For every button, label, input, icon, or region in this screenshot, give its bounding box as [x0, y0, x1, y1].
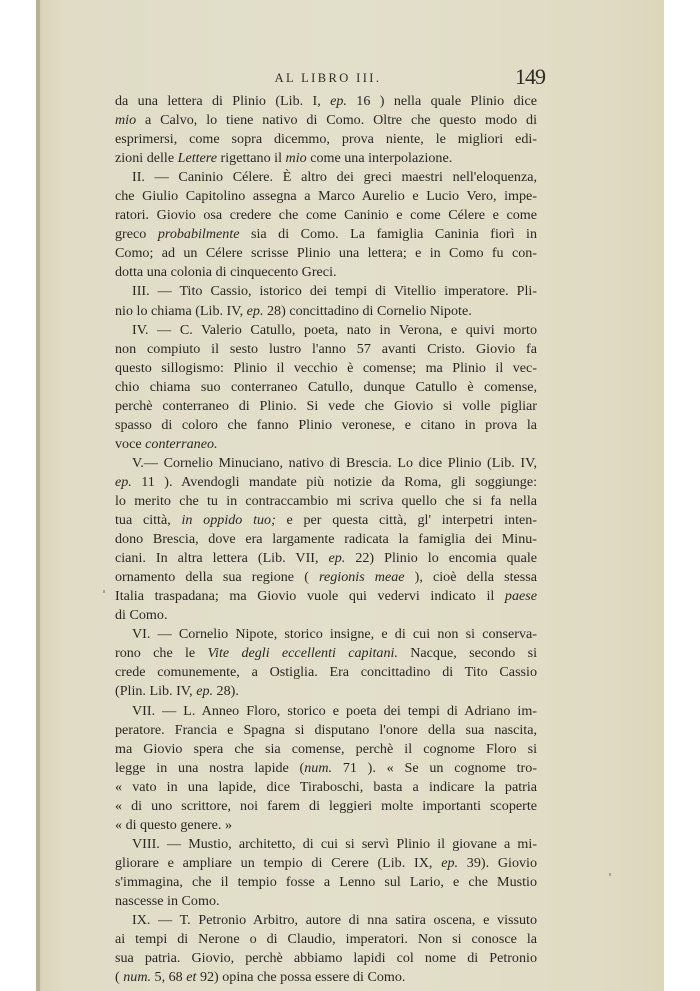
text-run: legge in una nostra lapide (: [115, 760, 304, 776]
text-line: rono che le Vite degli eccellenti capita…: [115, 644, 537, 663]
text-line: III. — Tito Cassio, istorico dei tempi d…: [115, 282, 537, 301]
text-line: « vato in una lapide, dice Tiraboschi, b…: [115, 778, 537, 797]
text-run: come una interpolazione.: [307, 150, 453, 166]
text-line: sua patria. Giovio, perchè abbiamo lapid…: [115, 949, 537, 968]
text-run: III. — Tito Cassio, istorico dei tempi d…: [132, 283, 537, 299]
running-title: AL LIBRO III.: [115, 71, 541, 86]
text-line: questo sillogismo: Plinio il vecchio è c…: [115, 359, 537, 378]
italic-text: Lettere: [178, 150, 217, 166]
text-run: nio lo chiama (Lib. IV,: [115, 303, 247, 319]
text-line: « di uno scrittore, noi farem di leggier…: [115, 797, 537, 816]
text-run: (Plin. Lib. IV,: [115, 683, 196, 699]
text-line: VI. — Cornelio Nipote, storico insigne, …: [115, 625, 537, 644]
italic-text: ep.: [115, 474, 132, 490]
text-line: dono Brescia, dove era largamente radica…: [115, 530, 537, 549]
text-line: ratori. Giovio osa credere che come Cani…: [115, 206, 537, 225]
text-line: peratore. Francia e Spagna si disputano …: [115, 721, 537, 740]
text-run: rigettano il: [217, 150, 286, 166]
text-run: non compiuto il sesto lustro l'anno 57 a…: [115, 341, 537, 357]
italic-text: ep.: [196, 683, 213, 699]
page-number: 149: [515, 64, 545, 90]
text-line: voce conterraneo.: [115, 435, 537, 454]
text-run: lo merito che tu in contraccambio mi scr…: [115, 493, 537, 509]
text-line: ( num. 5, 68 et 92) opina che possa esse…: [115, 968, 537, 987]
text-line: perchè conterraneo di Plinio. Si vede ch…: [115, 397, 537, 416]
text-run: 39). Giovio: [458, 855, 537, 871]
italic-text: mio: [115, 112, 136, 128]
italic-text: Vite degli eccellenti capitani.: [207, 645, 397, 661]
text-run: dotta una colonia di cinquecento Greci.: [115, 264, 337, 280]
italic-text: ep.: [329, 550, 346, 566]
italic-text: ep.: [330, 93, 347, 109]
text-line: crede comunemente, a Ostiglia. Era conci…: [115, 663, 537, 682]
running-head: AL LIBRO III. 149: [115, 66, 541, 90]
text-run: ciani. In altra lettera (Lib. VII,: [115, 550, 329, 566]
text-run: di Como.: [115, 607, 167, 623]
italic-text: paese: [505, 588, 537, 604]
italic-text: et: [186, 969, 196, 985]
text-run: 92) opina che possa essere di Como.: [196, 969, 405, 985]
text-line: VII. — L. Anneo Floro, storico e poeta d…: [115, 702, 537, 721]
text-line: gliorare e ampliare un tempio di Cerere …: [115, 854, 537, 873]
text-run: 28).: [213, 683, 239, 699]
text-line: ornamento della sua regione ( regionis m…: [115, 568, 537, 587]
text-run: ai tempi di Nerone o di Claudio, imperat…: [115, 931, 537, 947]
text-run: 16 ) nella quale Plinio dice: [347, 93, 537, 109]
text-run: a Calvo, lo tiene nativo di Como. Oltre …: [136, 112, 537, 128]
text-line: lo merito che tu in contraccambio mi scr…: [115, 492, 537, 511]
text-run: s'immagina, che il tempio fosse a Lenno …: [115, 874, 537, 890]
text-run: ma Giovio spera che sia comense, perchè …: [115, 741, 537, 757]
body-text: da una lettera di Plinio (Lib. I, ep. 16…: [115, 92, 537, 987]
text-line: chio chiama suo conterraneo Catullo, dun…: [115, 378, 537, 397]
italic-text: num.: [123, 969, 151, 985]
text-run: 5, 68: [151, 969, 186, 985]
text-line: legge in una nostra lapide (num. 71 ). «…: [115, 759, 537, 778]
text-run: tua città,: [115, 512, 181, 528]
text-run: che Giulio Capitolino assegna a Marco Au…: [115, 188, 537, 204]
text-line: « di questo genere. »: [115, 816, 537, 835]
italic-text: in oppido tuo;: [181, 512, 275, 528]
text-line: ep. 11 ). Avendogli mandate più notizie …: [115, 473, 537, 492]
text-run: ornamento della sua regione (: [115, 569, 319, 585]
text-run: « di uno scrittore, noi farem di leggier…: [115, 798, 537, 814]
text-run: rono che le: [115, 645, 207, 661]
text-run: questo sillogismo: Plinio il vecchio è c…: [115, 360, 537, 376]
text-run: 71 ). « Se un cognome tro-: [332, 760, 537, 776]
text-line: greco probabilmente sia di Como. La fami…: [115, 225, 537, 244]
ink-speck: [103, 590, 105, 593]
text-line: (Plin. Lib. IV, ep. 28).: [115, 682, 537, 701]
text-line: spasso di coloro che fanno Plinio verone…: [115, 416, 537, 435]
text-run: IV. — C. Valerio Catullo, poeta, nato in…: [132, 322, 537, 338]
text-run: II. — Caninio Célere. È altro dei greci …: [132, 169, 537, 185]
text-run: (: [115, 969, 123, 985]
text-run: greco: [115, 226, 158, 242]
text-line: di Como.: [115, 606, 537, 625]
text-run: 22) Plinio lo encomia quale: [345, 550, 537, 566]
book-page: AL LIBRO III. 149 da una lettera di Plin…: [36, 0, 664, 991]
text-line: IX. — T. Petronio Arbitro, autore di nna…: [115, 911, 537, 930]
text-run: spasso di coloro che fanno Plinio verone…: [115, 417, 537, 433]
text-line: Como; ad un Célere scrisse Plinio una le…: [115, 244, 537, 263]
italic-text: probabilmente: [158, 226, 240, 242]
text-run: e per questa città, gl' interpetri inten…: [276, 512, 537, 528]
text-run: da una lettera di Plinio (Lib. I,: [115, 93, 330, 109]
text-run: gliorare e ampliare un tempio di Cerere …: [115, 855, 441, 871]
text-line: dotta una colonia di cinquecento Greci.: [115, 263, 537, 282]
text-line: esprimersi, come sopra dicemmo, prova ni…: [115, 130, 537, 149]
text-run: sia di Como. La famiglia Caninia fiorì i…: [240, 226, 538, 242]
ink-speck: [609, 873, 611, 876]
text-run: dono Brescia, dove era largamente radica…: [115, 531, 537, 547]
italic-text: regionis meae: [319, 569, 405, 585]
text-run: chio chiama suo conterraneo Catullo, dun…: [115, 379, 537, 395]
text-run: 28) concittadino di Cornelio Nipote.: [263, 303, 471, 319]
text-run: ), cioè della stessa: [405, 569, 537, 585]
text-line: nascesse in Como.: [115, 892, 537, 911]
text-line: tua città, in oppido tuo; e per questa c…: [115, 511, 537, 530]
text-line: ai tempi di Nerone o di Claudio, imperat…: [115, 930, 537, 949]
italic-text: ep.: [441, 855, 458, 871]
text-line: V.— Cornelio Minuciano, nativo di Bresci…: [115, 454, 537, 473]
text-line: IV. — C. Valerio Catullo, poeta, nato in…: [115, 321, 537, 340]
italic-text: num.: [304, 760, 332, 776]
text-run: nascesse in Como.: [115, 893, 220, 909]
text-line: ma Giovio spera che sia comense, perchè …: [115, 740, 537, 759]
text-run: perchè conterraneo di Plinio. Si vede ch…: [115, 398, 537, 414]
text-run: crede comunemente, a Ostiglia. Era conci…: [115, 664, 537, 680]
text-line: ciani. In altra lettera (Lib. VII, ep. 2…: [115, 549, 537, 568]
text-run: voce: [115, 436, 145, 452]
italic-text: ep.: [247, 303, 264, 319]
text-run: VII. — L. Anneo Floro, storico e poeta d…: [132, 703, 537, 719]
text-line: da una lettera di Plinio (Lib. I, ep. 16…: [115, 92, 537, 111]
text-line: nio lo chiama (Lib. IV, ep. 28) concitta…: [115, 302, 537, 321]
text-line: che Giulio Capitolino assegna a Marco Au…: [115, 187, 537, 206]
text-run: ratori. Giovio osa credere che come Cani…: [115, 207, 537, 223]
text-line: mio a Calvo, lo tiene nativo di Como. Ol…: [115, 111, 537, 130]
text-line: zioni delle Lettere rigettano il mio com…: [115, 149, 537, 168]
text-run: peratore. Francia e Spagna si disputano …: [115, 722, 537, 738]
text-run: 11 ). Avendogli mandate più notizie da R…: [132, 474, 537, 490]
text-run: V.— Cornelio Minuciano, nativo di Bresci…: [132, 455, 537, 471]
text-line: VIII. — Mustio, architetto, di cui si se…: [115, 835, 537, 854]
text-line: non compiuto il sesto lustro l'anno 57 a…: [115, 340, 537, 359]
text-run: Italia traspadana; ma Giovio vuole qui v…: [115, 588, 505, 604]
text-run: sua patria. Giovio, perchè abbiamo lapid…: [115, 950, 537, 966]
text-line: s'immagina, che il tempio fosse a Lenno …: [115, 873, 537, 892]
text-run: « di questo genere. »: [115, 817, 232, 833]
text-run: zioni delle: [115, 150, 178, 166]
text-run: VI. — Cornelio Nipote, storico insigne, …: [132, 626, 537, 642]
italic-text: mio: [286, 150, 307, 166]
text-line: II. — Caninio Célere. È altro dei greci …: [115, 168, 537, 187]
text-run: esprimersi, come sopra dicemmo, prova ni…: [115, 131, 537, 147]
text-run: IX. — T. Petronio Arbitro, autore di nna…: [132, 912, 537, 928]
text-run: Como; ad un Célere scrisse Plinio una le…: [115, 245, 537, 261]
text-line: Italia traspadana; ma Giovio vuole qui v…: [115, 587, 537, 606]
text-run: « vato in una lapide, dice Tiraboschi, b…: [115, 779, 537, 795]
text-run: VIII. — Mustio, architetto, di cui si se…: [132, 836, 537, 852]
text-run: Nacque, secondo si: [398, 645, 537, 661]
italic-text: conterraneo.: [145, 436, 217, 452]
page-gutter-shadow: [36, 0, 40, 991]
